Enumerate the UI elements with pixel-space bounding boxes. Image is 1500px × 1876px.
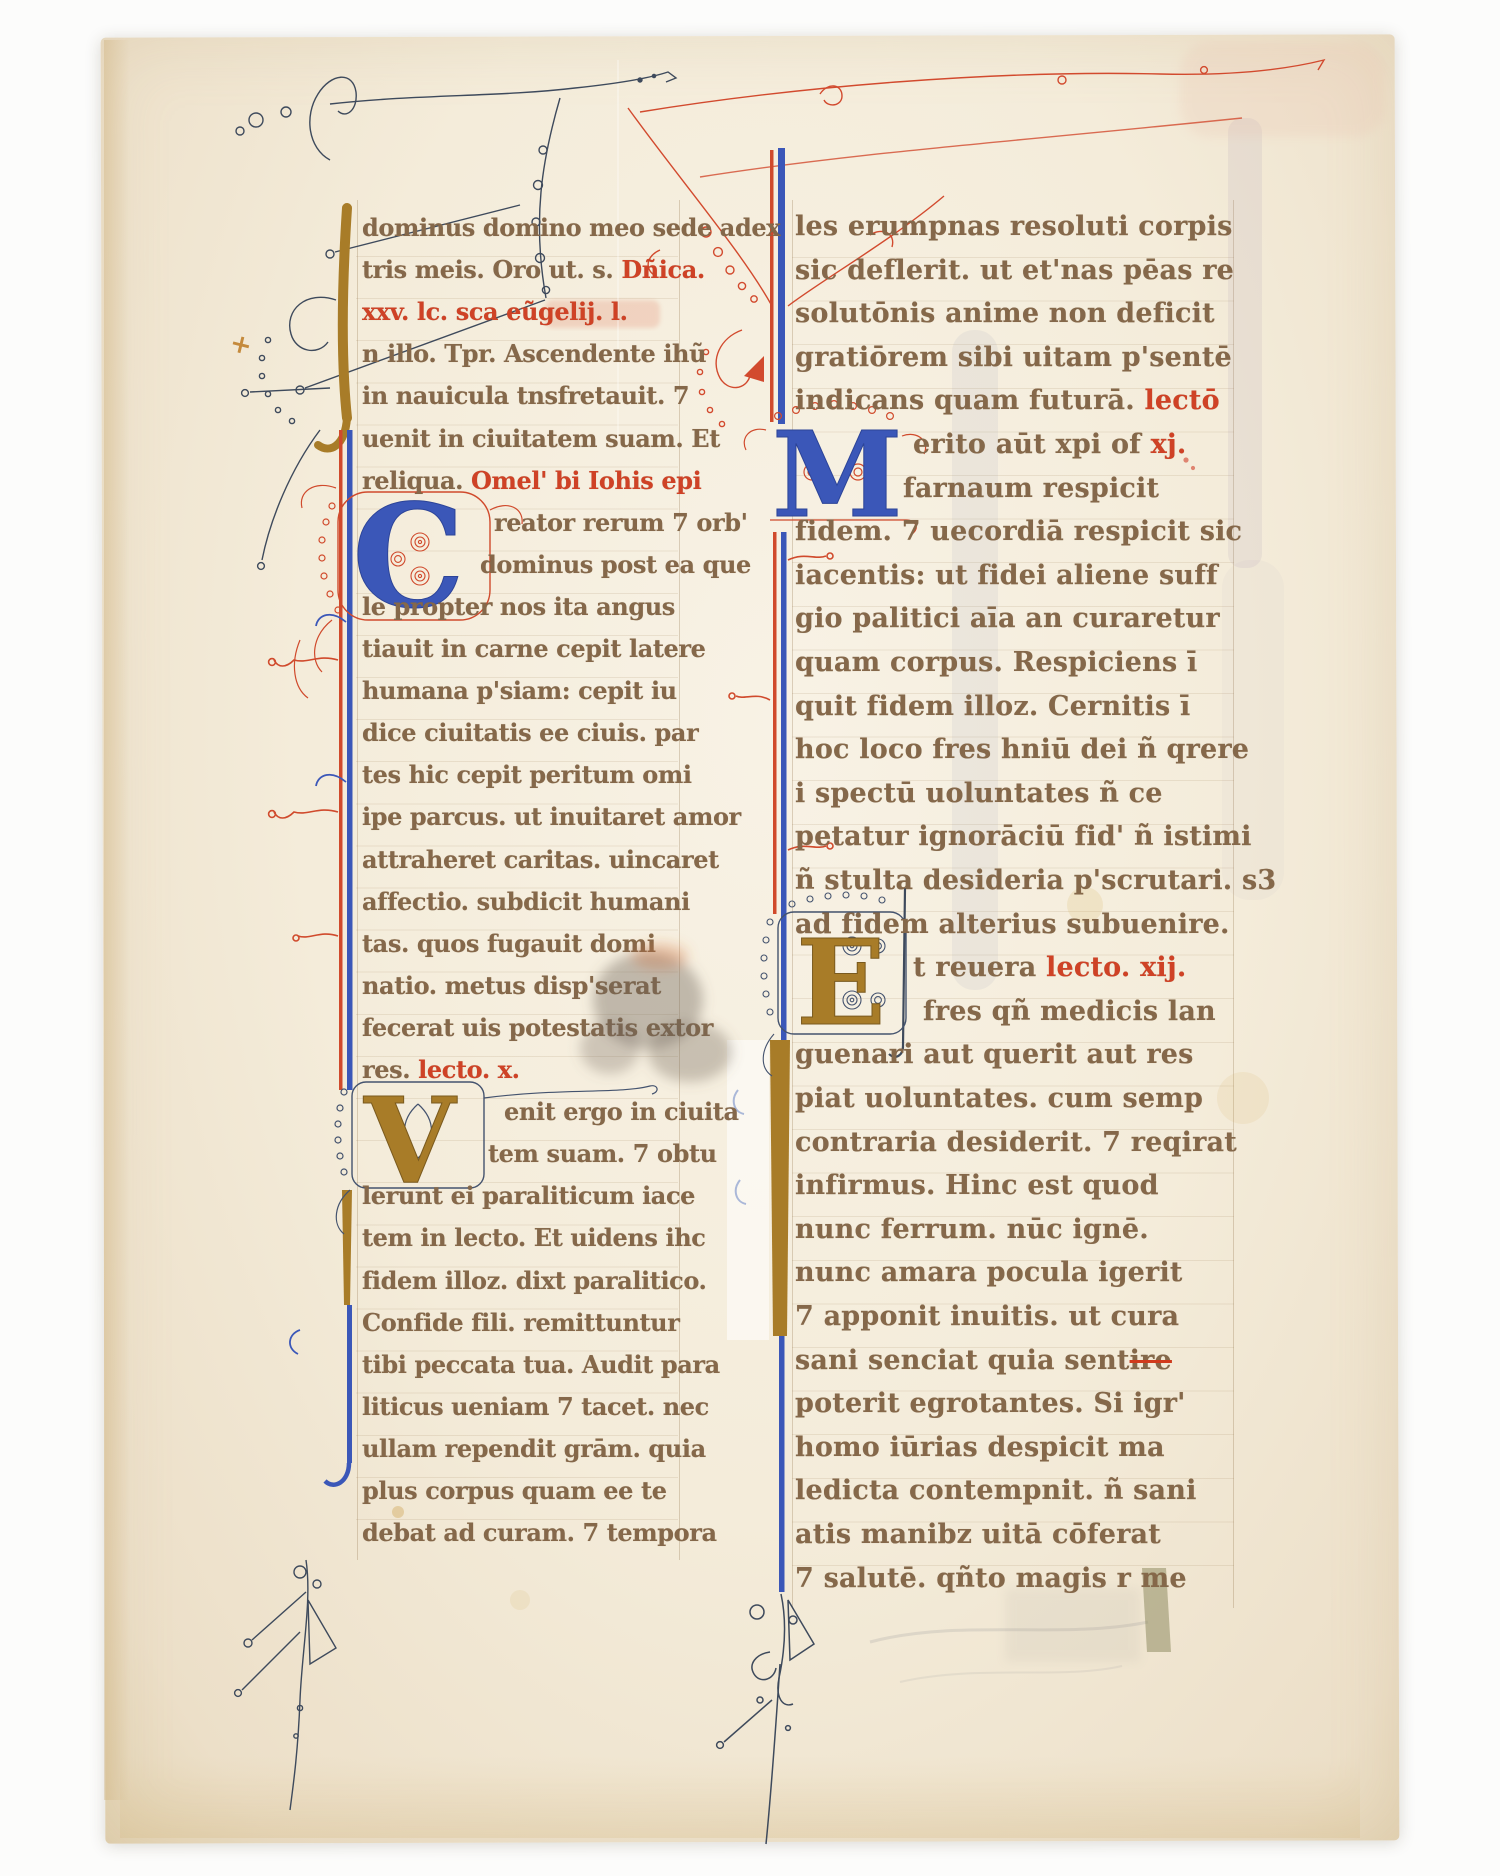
text-segment: lectō [1144,385,1219,416]
text-line: res. lecto. x. [362,1055,520,1084]
text-segment: quit fidem illoz. Cernitis ī [795,691,1190,722]
text-line: indicans quam futurā. lectō [795,385,1220,416]
text-segment: reliqua. [362,466,471,495]
text-line: fecerat uis potestatis extor [362,1013,713,1042]
text-segment: hoc loco fres hniū dei ñ qrere [795,734,1249,765]
text-line: sani senciat quia sentire [795,1345,1172,1376]
text-line: n illo. Tpr. Ascendente ihũ [362,339,706,368]
text-line: nunc amara pocula igerit [795,1257,1183,1288]
text-segment: guenari aut querit aut res [795,1039,1194,1070]
text-segment: lecto. x. [418,1055,519,1084]
text-segment: xj. [1151,429,1187,460]
text-segment: debat ad curam. 7 tempora [362,1518,717,1547]
text-segment: solutōnis anime non deficit [795,298,1215,329]
text-segment: homo iūrias despicit ma [795,1432,1165,1463]
text-segment: i spectū uoluntates ñ ce [795,778,1163,809]
text-segment: Omel' bi Iohis epi [471,466,701,495]
text-line: humana p'siam: cepit iu [362,676,677,705]
text-segment: les erumpnas resoluti corpis [795,211,1232,242]
text-segment: piat uoluntates. cum semp [795,1083,1203,1114]
text-line: ipe parcus. ut inuitaret amor [362,802,741,831]
text-line: gio palitici aīa an curaretur [795,603,1220,634]
text-line: les erumpnas resoluti corpis [795,211,1232,242]
text-segment: dominus domino meo sede adex [362,213,780,242]
text-line: quit fidem illoz. Cernitis ī [795,691,1190,722]
text-line: xxv. lc. sca eũgelij. l. [362,297,628,326]
text-segment: ire [1130,1345,1172,1376]
text-line: ullam rependit grām. quia [362,1434,706,1463]
text-line: 7 salutē. qñto magis r me [795,1563,1187,1594]
text-segment: fres qñ medicis lan [923,996,1216,1027]
text-line: guenari aut querit aut res [795,1039,1194,1070]
text-line: dominus post ea que [480,550,751,579]
text-line: lerunt ei paraliticum iace [362,1181,695,1210]
text-line: reliqua. Omel' bi Iohis epi [362,466,701,495]
text-segment: enit ergo in ciuita [504,1097,739,1126]
text-line: uenit in ciuitatem suam. Et [362,424,720,453]
text-line: debat ad curam. 7 tempora [362,1518,717,1547]
text-segment: liticus ueniam 7 tacet. nec [362,1392,709,1421]
text-segment: sani senciat quia sent [795,1345,1130,1376]
text-segment: nunc amara pocula igerit [795,1257,1183,1288]
text-segment: t reuera [913,952,1046,983]
text-line: t reuera lecto. xij. [913,952,1186,983]
text-segment: le propter nos ita angus [362,592,675,621]
text-line: tris meis. Oro ut. s. Dñica. [362,255,705,284]
manuscript-photo: { "artifact": { "kind": "illuminated man… [0,0,1500,1876]
text-segment: tem suam. 7 obtu [488,1139,717,1168]
text-line: natio. metus disp'serat [362,971,661,1000]
text-line: affectio. subdicit humani [362,887,690,916]
text-line: farnaum respicit [903,473,1159,504]
text-line: tem suam. 7 obtu [488,1139,717,1168]
text-segment: quam corpus. Respiciens ī [795,647,1197,678]
text-line: in nauicula tnsfretauit. 7 [362,381,689,410]
text-segment: ledicta contempnit. ñ sani [795,1475,1197,1506]
text-segment: tas. quos fugauit domi [362,929,656,958]
text-segment: infirmus. Hinc est quod [795,1170,1159,1201]
text-segment: plus corpus quam ee te [362,1476,667,1505]
text-line: solutōnis anime non deficit [795,298,1215,329]
text-segment: ullam rependit grām. quia [362,1434,706,1463]
text-segment: 7 salutē. qñto magis r me [795,1563,1187,1594]
text-segment: xxv. lc. sca eũgelij. l. [362,297,628,326]
text-segment: Confide fili. remittuntur [362,1308,679,1337]
text-segment: sic deflerit. ut et'nas pēas re [795,255,1234,286]
text-segment: nunc ferrum. nūc ignē. [795,1214,1149,1245]
text-line: ledicta contempnit. ñ sani [795,1475,1197,1506]
text-segment: tes hic cepit peritum omi [362,760,692,789]
text-segment: dice ciuitatis ee ciuis. par [362,718,698,747]
text-segment: reator rerum 7 orb' [494,508,748,537]
text-segment: gratiōrem sibi uitam p'sentē [795,342,1232,373]
text-line: tiauit in carne cepit latere [362,634,706,663]
text-line: tes hic cepit peritum omi [362,760,692,789]
text-segment: petatur ignorāciū fid' ñ istimi [795,821,1252,852]
text-line: erito aūt xpi of xj. [913,429,1186,460]
text-segment: tiauit in carne cepit latere [362,634,706,663]
text-line: tas. quos fugauit domi [362,929,656,958]
text-line: petatur ignorāciū fid' ñ istimi [795,821,1252,852]
text-segment: dominus post ea que [480,550,751,579]
text-segment: gio palitici aīa an curaretur [795,603,1220,634]
text-line: quam corpus. Respiciens ī [795,647,1197,678]
text-segment: res. [362,1055,418,1084]
text-segment: contraria desiderit. 7 reqirat [795,1127,1237,1158]
text-segment: atis manibz uitā cōferat [795,1519,1161,1550]
text-line: 7 apponit inuitis. ut cura [795,1301,1179,1332]
text-line: tem in lecto. Et uidens ihc [362,1223,705,1252]
text-block: dominus domino meo sede adextris meis. O… [0,0,1500,1876]
text-line: plus corpus quam ee te [362,1476,667,1505]
text-segment: 7 apponit inuitis. ut cura [795,1301,1179,1332]
text-segment: erito aūt xpi of [913,429,1151,460]
text-line: i spectū uoluntates ñ ce [795,778,1163,809]
text-line: fres qñ medicis lan [923,996,1216,1027]
text-segment: n illo. Tpr. Ascendente ihũ [362,339,706,368]
text-segment: fidem. 7 uecordiā respicit sic [795,516,1242,547]
text-segment: ipe parcus. ut inuitaret amor [362,802,741,831]
text-segment: uenit in ciuitatem suam. Et [362,424,720,453]
text-segment: affectio. subdicit humani [362,887,690,916]
text-line: piat uoluntates. cum semp [795,1083,1203,1114]
text-segment: tris meis. Oro ut. s. [362,255,621,284]
text-line: dice ciuitatis ee ciuis. par [362,718,698,747]
text-segment: tibi peccata tua. Audit para [362,1350,720,1379]
text-line: homo iūrias despicit ma [795,1432,1165,1463]
text-line: infirmus. Hinc est quod [795,1170,1159,1201]
text-segment: fidem illoz. dixt paralitico. [362,1266,707,1295]
text-line: reator rerum 7 orb' [494,508,748,537]
text-segment: poterit egrotantes. Si igr' [795,1388,1186,1419]
text-line: ad fidem alterius subuenire. [795,909,1230,940]
text-segment: in nauicula tnsfretauit. 7 [362,381,689,410]
text-segment: lecto. xij. [1046,952,1186,983]
text-segment: lerunt ei paraliticum iace [362,1181,695,1210]
text-line: liticus ueniam 7 tacet. nec [362,1392,709,1421]
text-segment: ad fidem alterius subuenire. [795,909,1230,940]
text-line: ñ stulta desideria p'scrutari. s3 [795,865,1276,896]
text-line: atis manibz uitā cōferat [795,1519,1161,1550]
text-segment: Dñica. [621,255,705,284]
text-line: sic deflerit. ut et'nas pēas re [795,255,1234,286]
text-line: fidem. 7 uecordiā respicit sic [795,516,1242,547]
text-segment: fecerat uis potestatis extor [362,1013,713,1042]
text-line: contraria desiderit. 7 reqirat [795,1127,1237,1158]
text-segment: natio. metus disp'serat [362,971,661,1000]
text-segment: humana p'siam: cepit iu [362,676,677,705]
text-segment: tem in lecto. Et uidens ihc [362,1223,705,1252]
text-segment: ñ stulta desideria p'scrutari. s3 [795,865,1276,896]
text-line: le propter nos ita angus [362,592,675,621]
text-line: fidem illoz. dixt paralitico. [362,1266,707,1295]
text-line: attraheret caritas. uincaret [362,845,719,874]
text-segment: iacentis: ut fidei aliene suff [795,560,1218,591]
text-line: dominus domino meo sede adex [362,213,780,242]
text-segment: indicans quam futurā. [795,385,1144,416]
text-segment: attraheret caritas. uincaret [362,845,719,874]
text-line: Confide fili. remittuntur [362,1308,679,1337]
text-line: tibi peccata tua. Audit para [362,1350,720,1379]
text-segment: farnaum respicit [903,473,1159,504]
text-line: nunc ferrum. nūc ignē. [795,1214,1149,1245]
text-line: poterit egrotantes. Si igr' [795,1388,1186,1419]
text-line: enit ergo in ciuita [504,1097,739,1126]
text-line: hoc loco fres hniū dei ñ qrere [795,734,1249,765]
text-line: gratiōrem sibi uitam p'sentē [795,342,1232,373]
text-line: iacentis: ut fidei aliene suff [795,560,1218,591]
